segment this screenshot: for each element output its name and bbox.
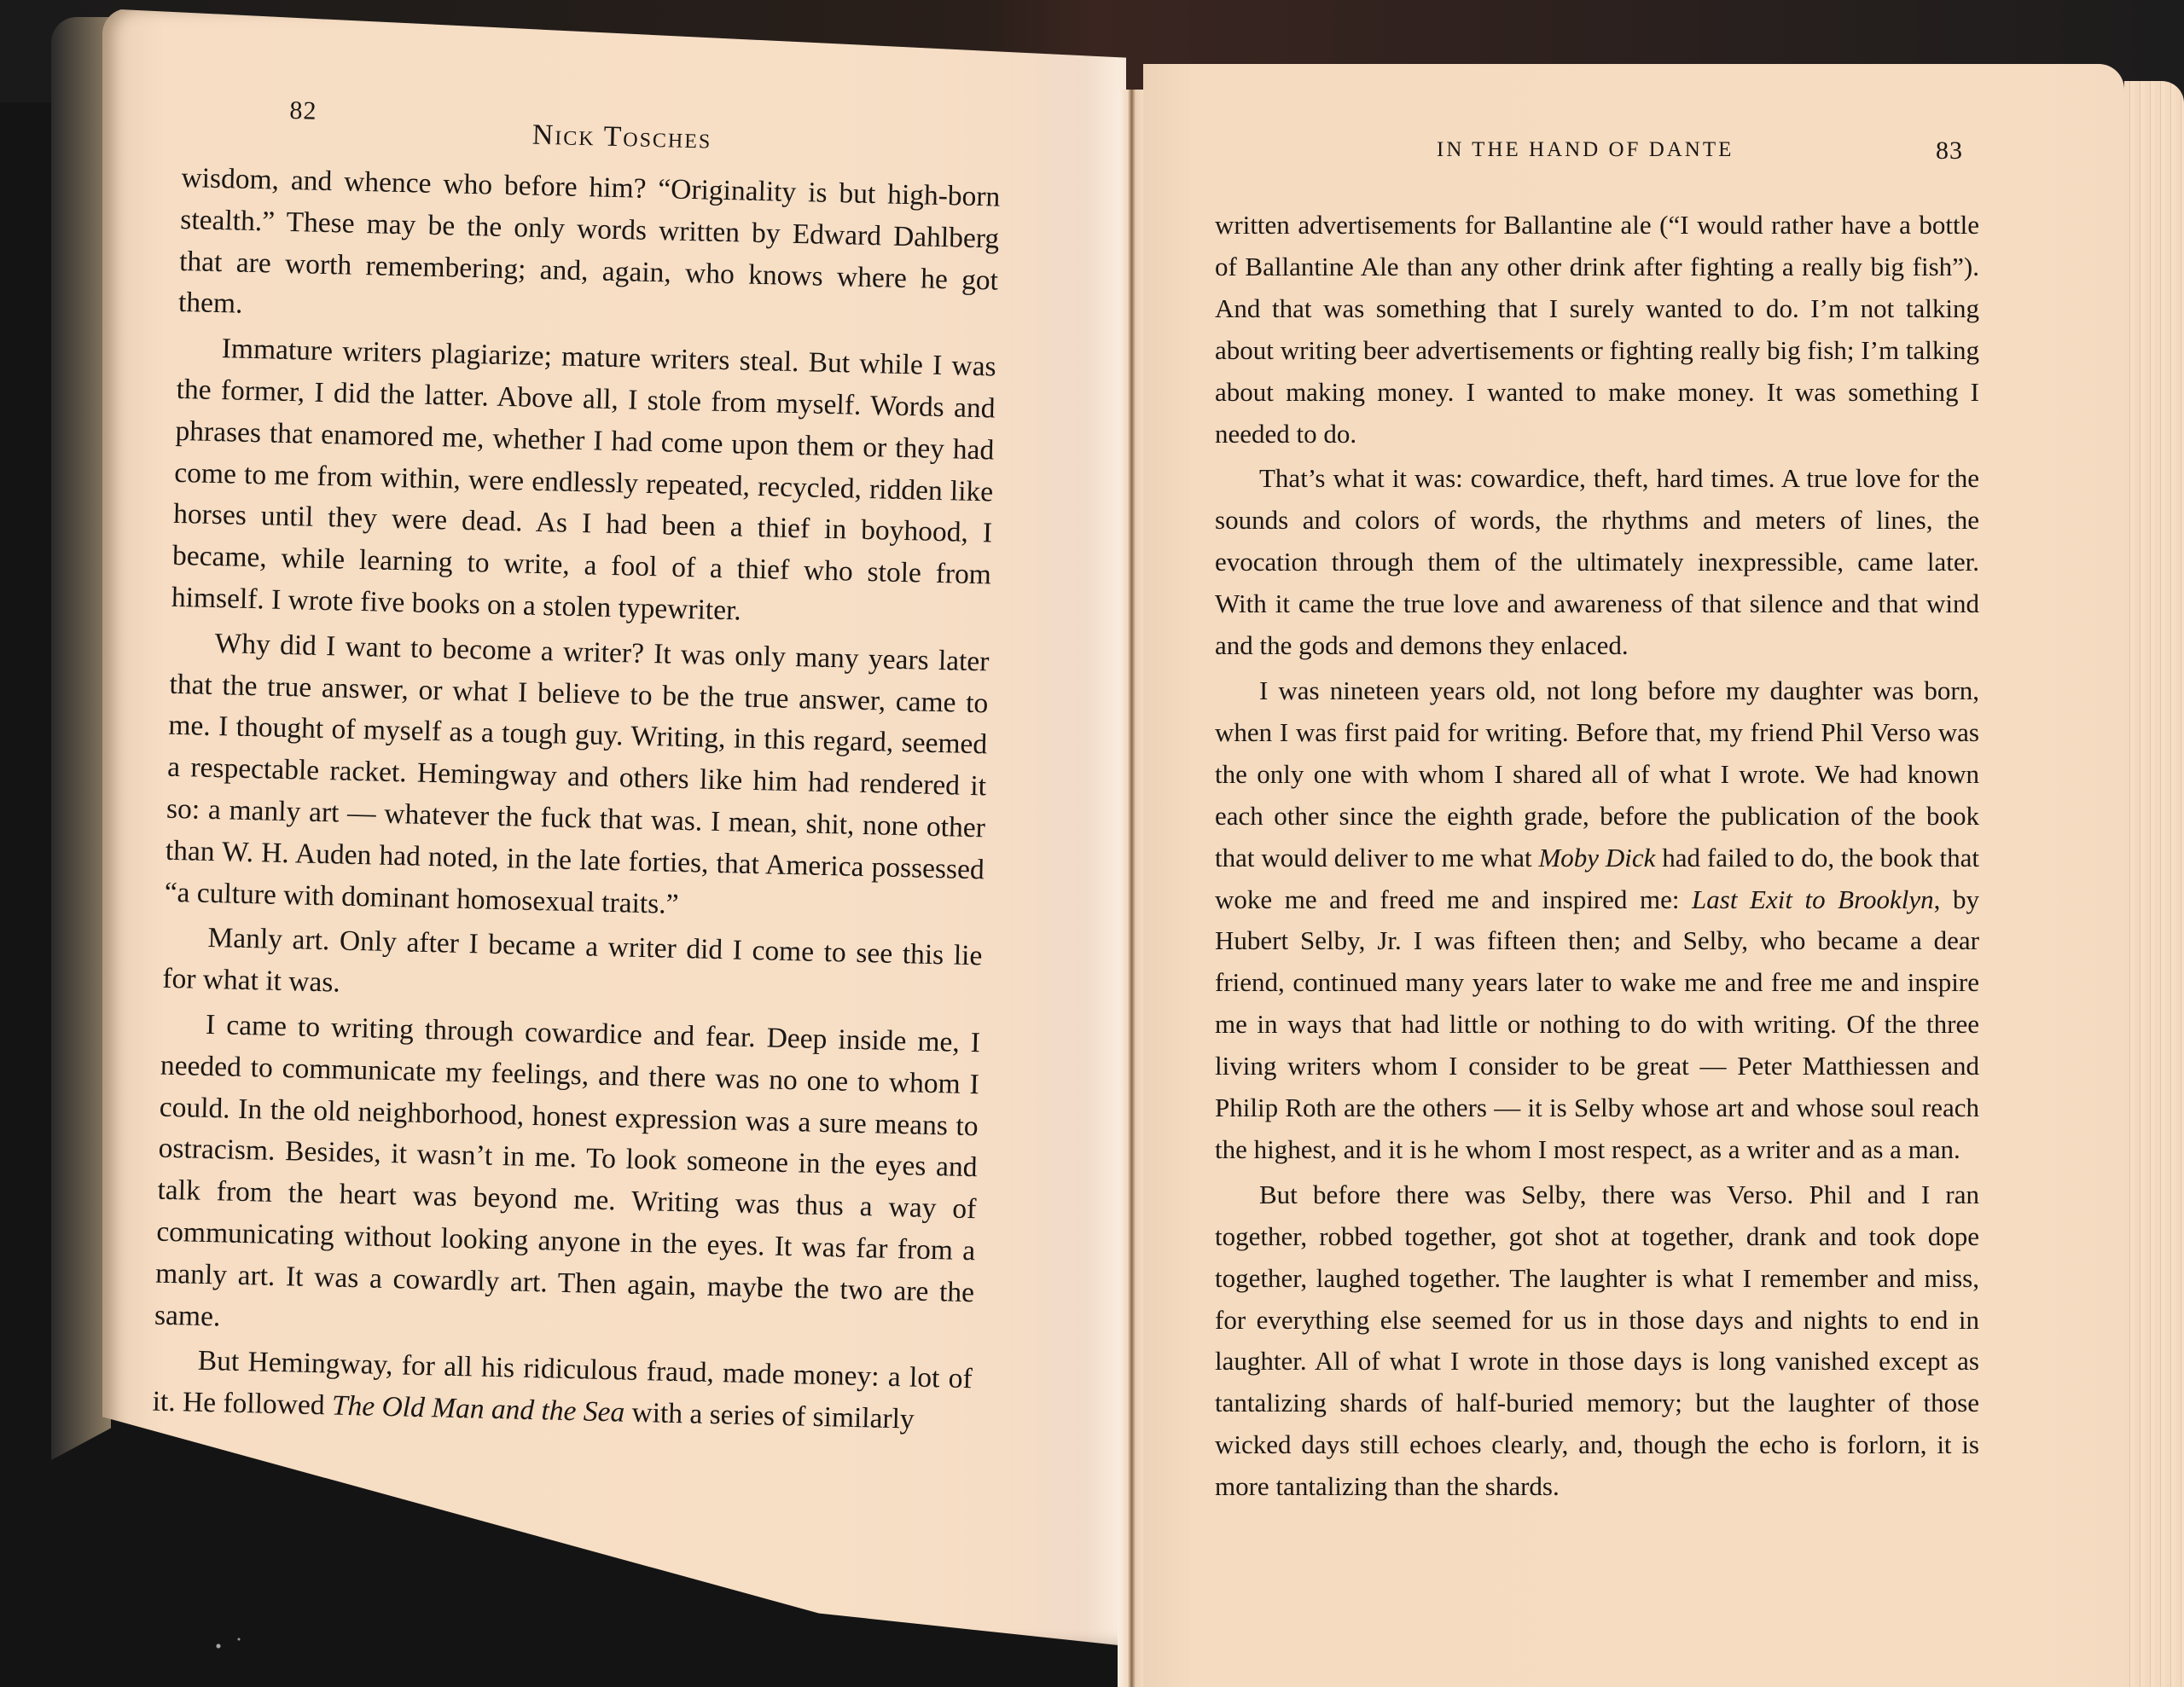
paragraph: That’s what it was: cowardice, theft, ha… xyxy=(1215,458,1979,667)
left-page-content: 82 Nick Tosches wisdom, and whence who b… xyxy=(152,90,1002,1442)
text-run: I came to writing through cowardice and … xyxy=(154,1009,981,1332)
paragraph: Immature writers plagiarize; mature writ… xyxy=(171,328,996,638)
paragraph: Why did I want to become a writer? It wa… xyxy=(164,623,990,933)
text-run: Manly art. Only after I became a writer … xyxy=(162,922,983,998)
paragraph: But before there was Selby, there was Ve… xyxy=(1215,1174,1979,1508)
text-run: That’s what it was: cowardice, theft, ha… xyxy=(1215,463,1979,660)
paragraph: written advertisements for Ballantine al… xyxy=(1215,205,1979,455)
paragraph: I came to writing through cowardice and … xyxy=(154,1004,981,1356)
paragraph: I was nineteen years old, not long befor… xyxy=(1215,670,1979,1171)
right-body-text: written advertisements for Ballantine al… xyxy=(1215,205,1979,1508)
text-run: , by Hubert Selby, Jr. I was fifteen the… xyxy=(1215,884,1979,1164)
left-page-edge xyxy=(51,17,111,1620)
paragraph: wisdom, and whence who before him? “Orig… xyxy=(178,158,1001,344)
book-title-running-head: In the Hand of Dante xyxy=(1437,138,1734,162)
italic-title: Last Exit to Brooklyn xyxy=(1692,884,1934,914)
italic-title: The Old Man and the Sea xyxy=(332,1390,625,1429)
page-number-right: 83 xyxy=(1936,136,1963,165)
right-running-head: In the Hand of Dante 83 xyxy=(1215,145,1979,205)
left-body-text: wisdom, and whence who before him? “Orig… xyxy=(152,158,1001,1442)
text-run: wisdom, and whence who before him? “Orig… xyxy=(178,162,1001,320)
text-run: with a series of similarly xyxy=(624,1397,915,1435)
page-number-left: 82 xyxy=(289,96,317,126)
right-page-content: In the Hand of Dante 83 written advertis… xyxy=(1215,145,1979,1508)
book-gutter xyxy=(1118,90,1143,1687)
author-running-head: Nick Tosches xyxy=(531,119,712,156)
dust-specks xyxy=(205,1629,273,1663)
text-run: written advertisements for Ballantine al… xyxy=(1215,210,1979,449)
text-run: Immature writers plagiarize; mature writ… xyxy=(171,333,997,626)
text-run: Why did I want to become a writer? It wa… xyxy=(164,628,990,920)
text-run: But before there was Selby, there was Ve… xyxy=(1215,1180,1979,1501)
right-page-stack xyxy=(2124,81,2184,1687)
italic-title: Moby Dick xyxy=(1538,843,1655,872)
